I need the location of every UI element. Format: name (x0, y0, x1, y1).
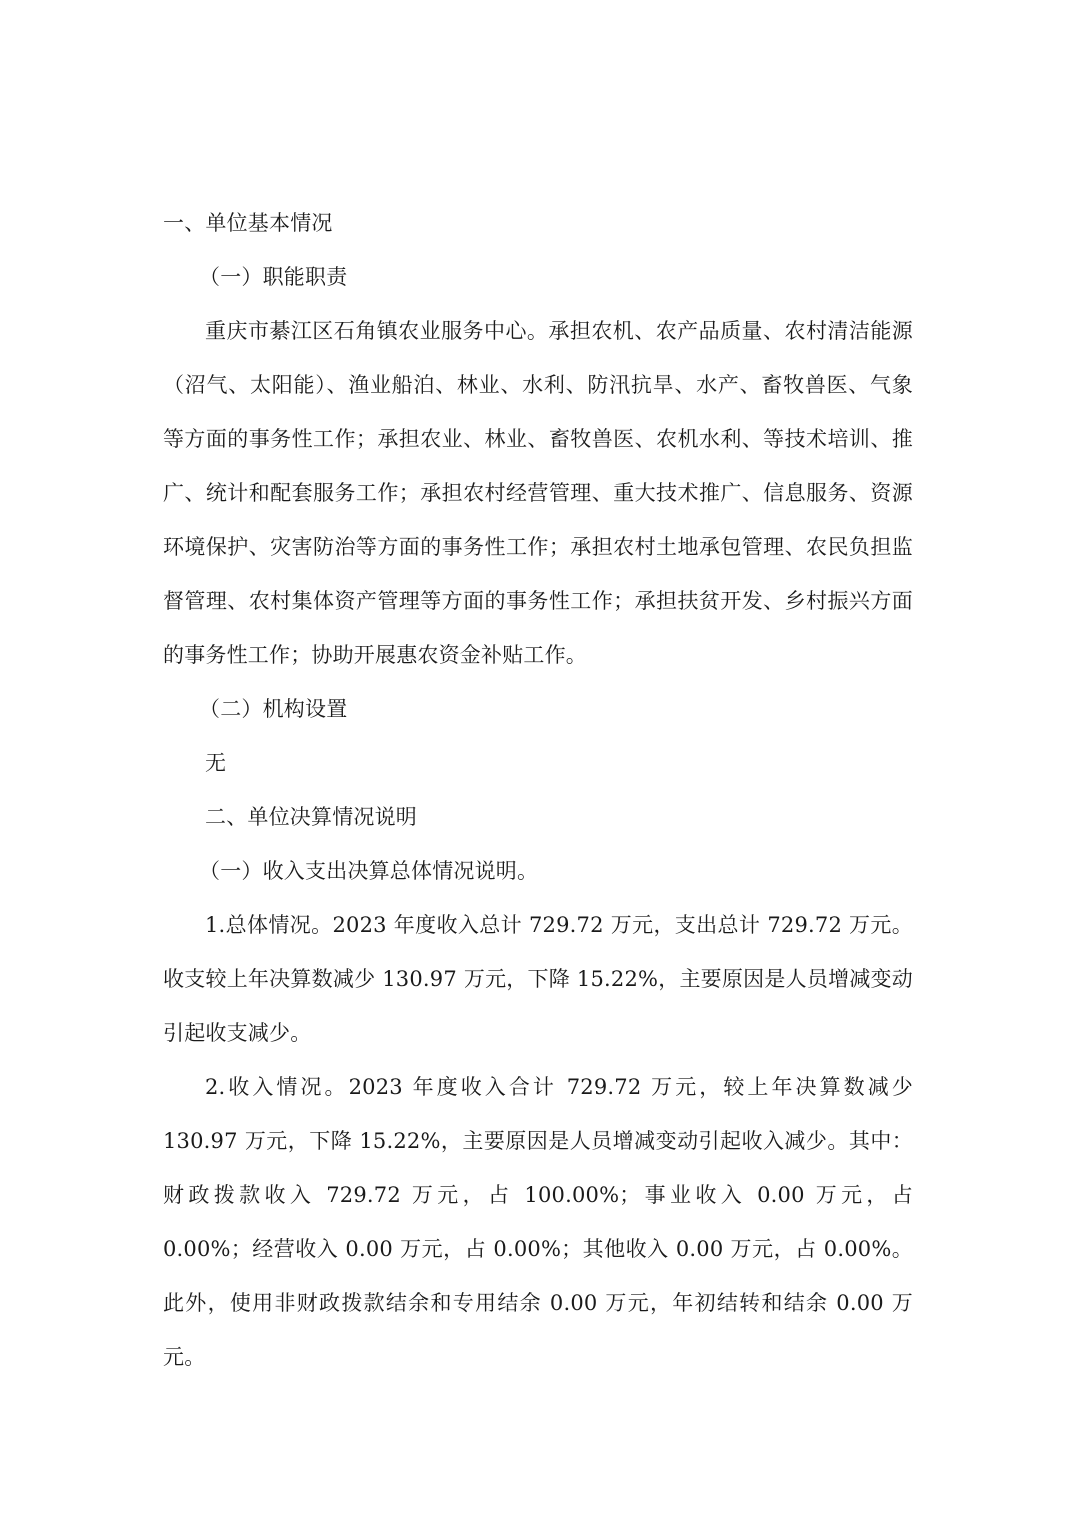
organization-paragraph: 无 (163, 736, 913, 790)
income-situation-paragraph: 2.收入情况。2023 年度收入合计 729.72 万元，较上年决算数减少 13… (163, 1060, 913, 1384)
section-heading-basic-info: 一、单位基本情况 (163, 196, 913, 250)
functions-paragraph: 重庆市綦江区石角镇农业服务中心。承担农机、农产品质量、农村清洁能源（沼气、太阳能… (163, 304, 913, 682)
subsection-heading-income-expense: （一）收入支出决算总体情况说明。 (163, 844, 913, 898)
subsection-heading-organization: （二）机构设置 (163, 682, 913, 736)
document-page: 一、单位基本情况 （一）职能职责 重庆市綦江区石角镇农业服务中心。承担农机、农产… (163, 196, 913, 1384)
subsection-heading-functions: （一）职能职责 (163, 250, 913, 304)
overall-situation-paragraph: 1.总体情况。2023 年度收入总计 729.72 万元，支出总计 729.72… (163, 898, 913, 1060)
section-heading-final-accounts: 二、单位决算情况说明 (163, 790, 913, 844)
